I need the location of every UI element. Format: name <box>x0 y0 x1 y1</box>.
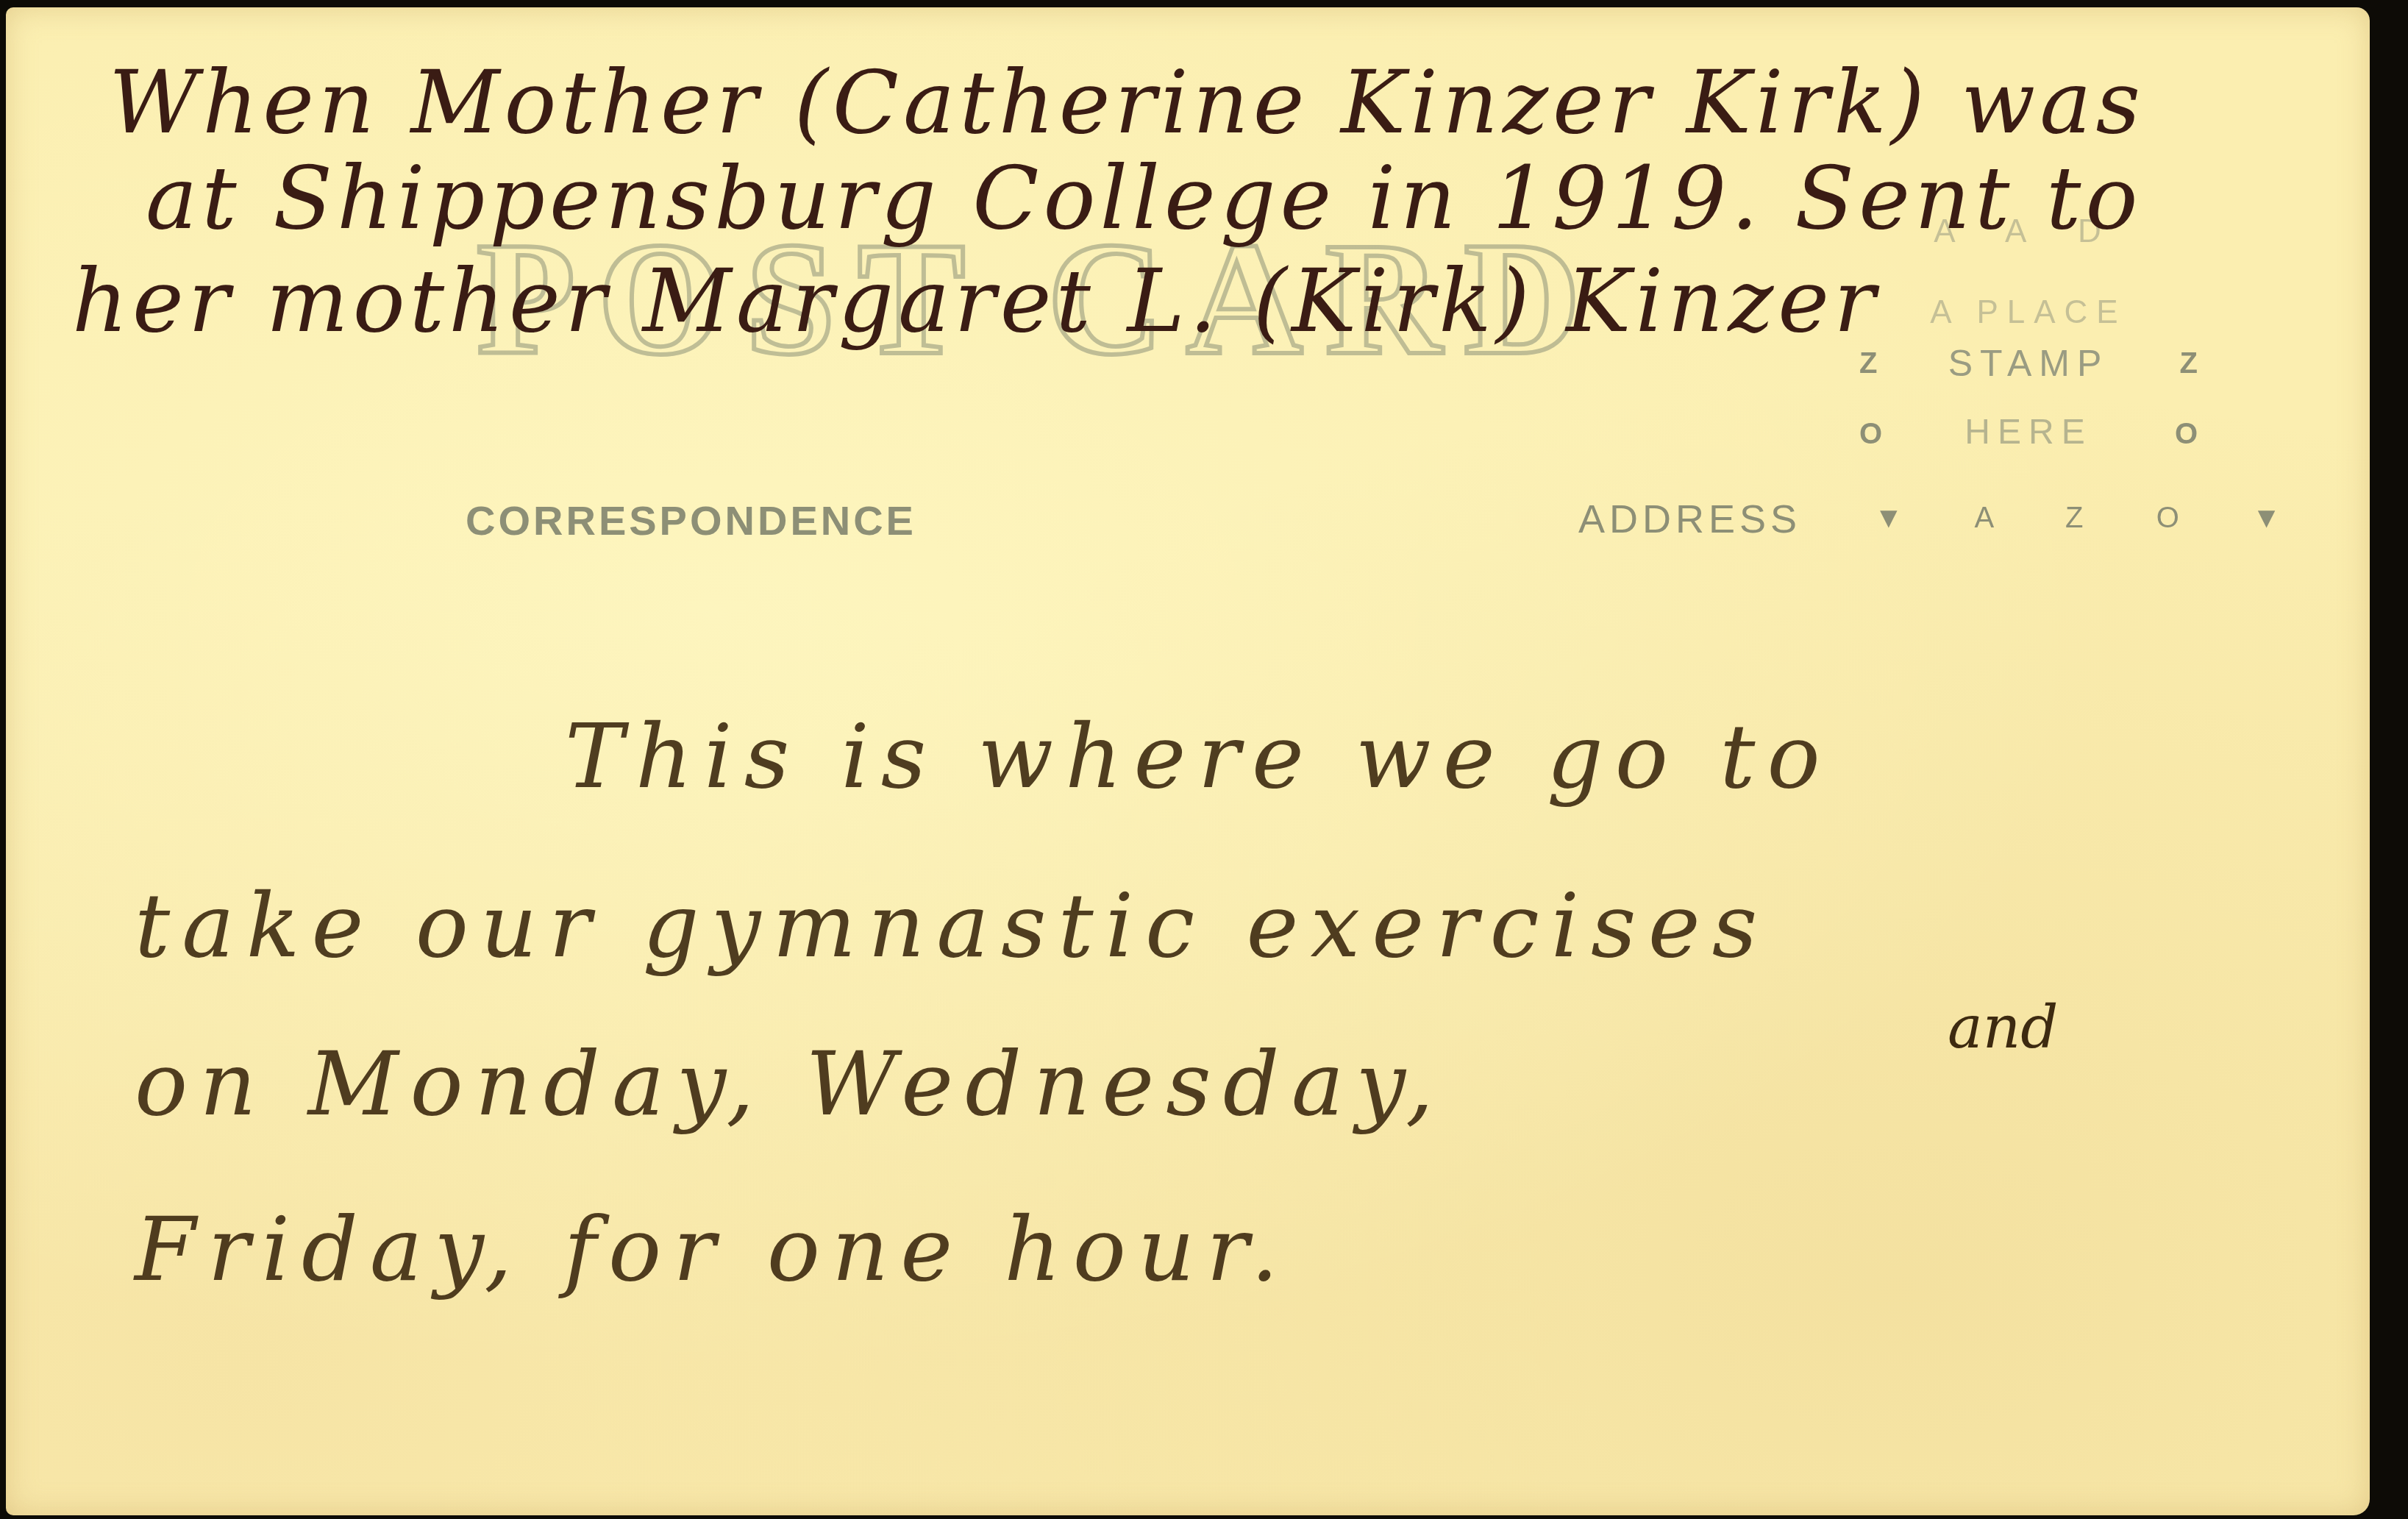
postcard: POST CARD CORRESPONDENCE ADDRESS ▼ A Z O… <box>6 7 2370 1515</box>
message-line-2: take our gymnastic exercises <box>135 875 1769 978</box>
address-label: ADDRESS <box>1578 497 1801 542</box>
stamp-box-left-marker-z: Z <box>1859 347 1877 380</box>
message-line-1: This is where we go to <box>565 706 1832 808</box>
correspondence-label: CORRESPONDENCE <box>466 497 916 544</box>
stamp-box-here-text: HERE <box>1859 412 2198 452</box>
stamp-box-left-marker-o: O <box>1859 418 1882 451</box>
stamp-box-right-marker-o: O <box>2175 418 2198 451</box>
message-line-3: on Monday, Wednesday, <box>135 1034 1445 1136</box>
stamp-box-right-marker-z: Z <box>2180 347 2198 380</box>
address-markers: ▼ A Z O ▼ <box>1874 502 2313 535</box>
stamp-box-place-text: A PLACE <box>1859 294 2198 331</box>
annotation-line-2: at Shippensburg College in 1919. Sent to <box>146 147 2142 249</box>
message-line-4: Friday, for one hour. <box>135 1199 1291 1301</box>
message-inserted-word: and <box>1948 993 2058 1061</box>
annotation-line-1: When Mother (Catherine Kinzer Kirk) was <box>109 51 2145 153</box>
stamp-box-stamp-text: STAMP <box>1859 342 2198 385</box>
annotation-line-3: her mother Margaret L. (Kirk) Kinzer <box>72 250 1880 352</box>
